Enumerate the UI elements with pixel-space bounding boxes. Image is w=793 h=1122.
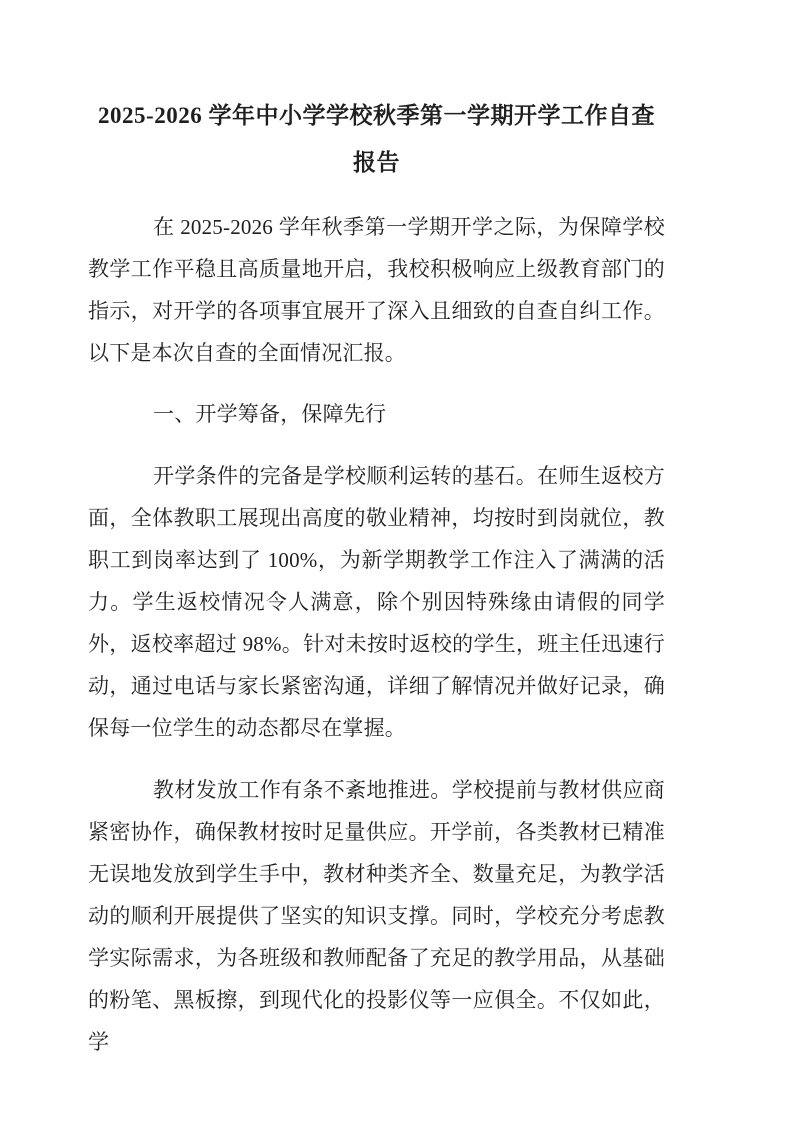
document-title: 2025-2026 学年中小学学校秋季第一学期开学工作自查报告 xyxy=(88,92,665,186)
document-content: 2025-2026 学年中小学学校秋季第一学期开学工作自查报告 在 2025-2… xyxy=(0,0,793,1063)
body-paragraph: 开学条件的完备是学校顺利运转的基石。在师生返校方面，全体教职工展现出高度的敬业精… xyxy=(88,455,665,749)
document-body: 在 2025-2026 学年秋季第一学期开学之际，为保障学校教学工作平稳且高质量… xyxy=(88,206,665,1063)
section-heading: 一、开学筹备，保障先行 xyxy=(88,393,665,435)
body-paragraph: 在 2025-2026 学年秋季第一学期开学之际，为保障学校教学工作平稳且高质量… xyxy=(88,206,665,374)
document-page: 2025-2026 学年中小学学校秋季第一学期开学工作自查报告 在 2025-2… xyxy=(0,0,793,1122)
body-paragraph: 教材发放工作有条不紊地推进。学校提前与教材供应商紧密协作，确保教材按时足量供应。… xyxy=(88,769,665,1063)
